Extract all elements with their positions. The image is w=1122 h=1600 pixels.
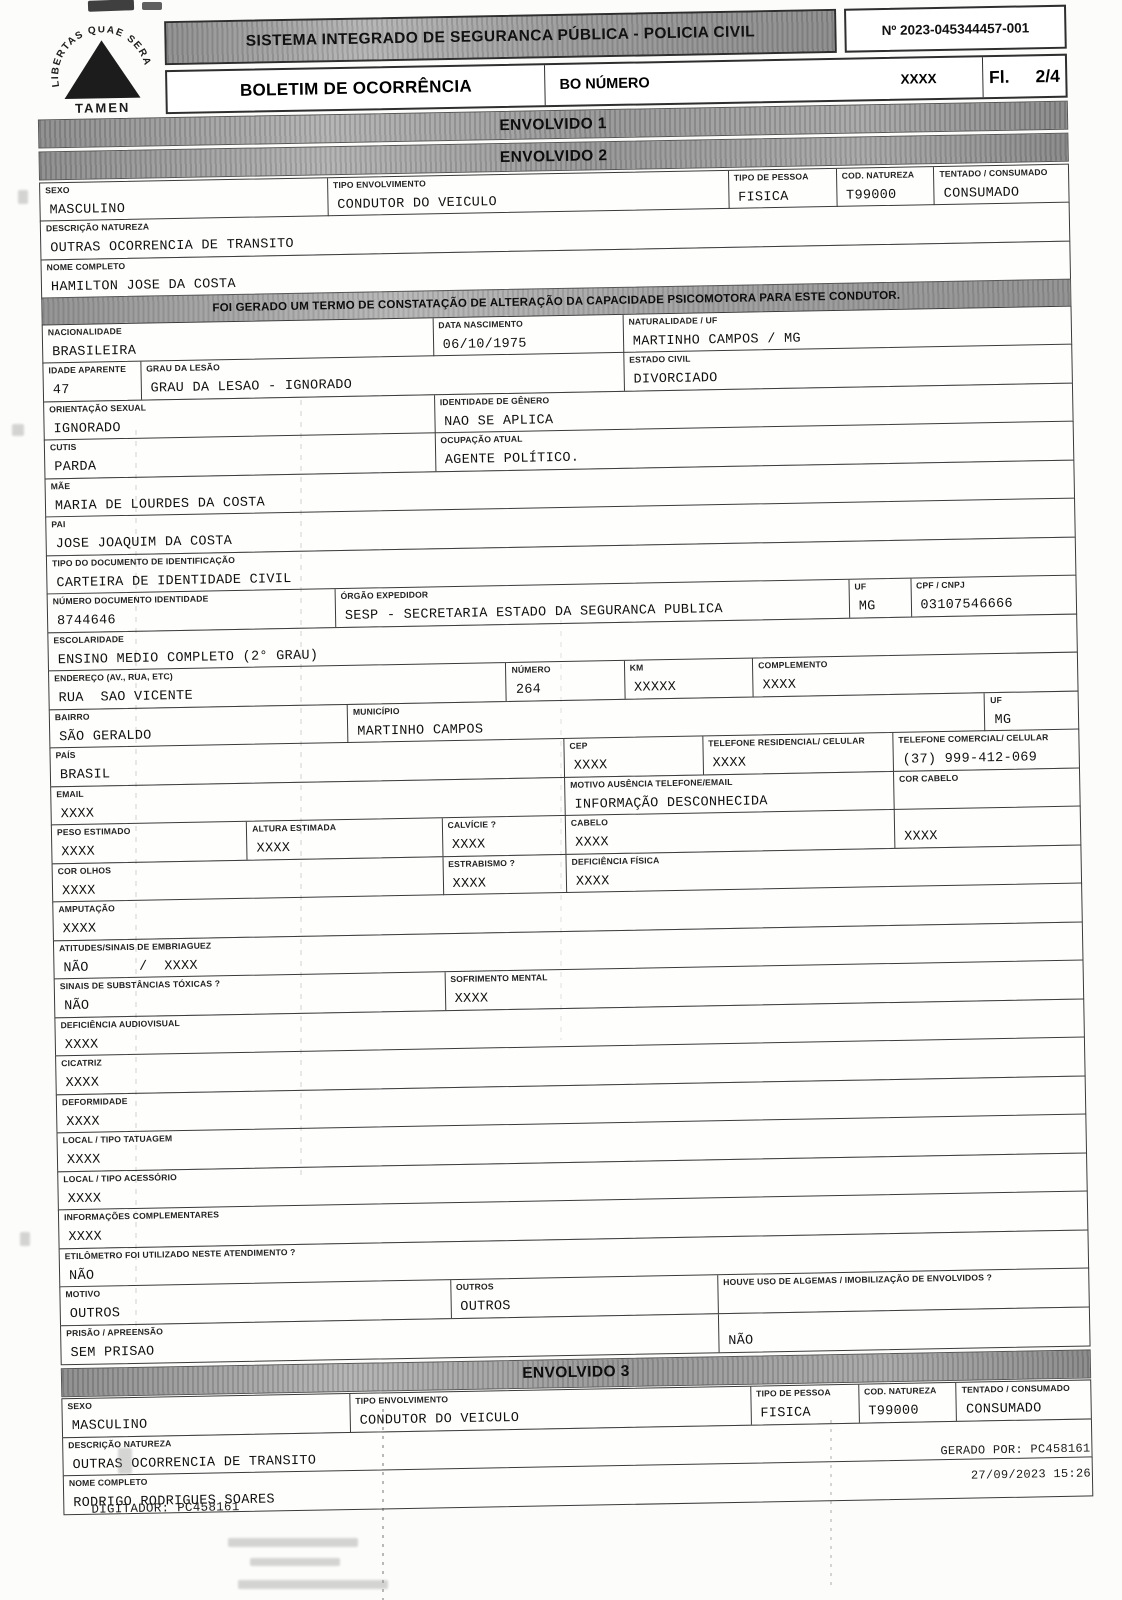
- field-value: MG: [985, 711, 1078, 731]
- field-value: XXXXX: [625, 679, 753, 699]
- field-sexo: SEXOMASCULINO: [62, 1394, 350, 1437]
- field-value: NÃO: [719, 1327, 1089, 1352]
- field-label: TENTADO / CONSUMADO: [957, 1381, 1091, 1395]
- field-telefone-residencial-celular: TELEFONE RESIDENCIAL/ CELULARXXXX: [703, 733, 894, 774]
- field-label: COR CABELO: [894, 768, 1079, 783]
- field-data-nascimento: DATA NASCIMENTO06/10/1975: [433, 314, 624, 355]
- field-tentado-consumado: TENTADO / CONSUMADOCONSUMADO: [934, 164, 1068, 204]
- field-cod-natureza: COD. NATUREZAT99000: [859, 1383, 957, 1423]
- field-tipo-de-pessoa: TIPO DE PESSOAFISICA: [729, 168, 838, 208]
- field-orientacao-sexual: ORIENTAÇÃO SEXUALIGNORADO: [44, 395, 435, 440]
- document-number-box: Nº 2023-045344457-001: [844, 5, 1067, 53]
- field-value: T99000: [837, 187, 934, 207]
- typist-info: DIGITADOR: PC458161: [91, 1500, 239, 1517]
- field-label: CPF / CNPJ: [911, 576, 1076, 591]
- field-value: XXXX: [443, 875, 566, 895]
- field-label: NÚMERO: [506, 661, 623, 675]
- field-label: TENTADO / CONSUMADO: [934, 164, 1068, 178]
- field-value: XXXX: [565, 757, 703, 778]
- field-sinais-de-substancias-toxicas: SINAIS DE SUBSTÂNCIAS TÓXICAS ?NÃO: [55, 972, 446, 1017]
- field-tipo-envolvimento: TIPO ENVOLVIMENTOCONDUTOR DO VEICULO: [328, 170, 730, 215]
- field-label: SEXO: [62, 1394, 349, 1411]
- field-label: SEXO: [40, 178, 327, 195]
- field-label: TELEFONE RESIDENCIAL/ CELULAR: [703, 733, 892, 748]
- field-uf: UFMG: [985, 691, 1078, 731]
- field-label: PESO ESTIMADO: [52, 822, 246, 838]
- field-cabelo: CABELOXXXX: [566, 810, 896, 854]
- scan-artifact: [20, 1232, 30, 1246]
- form-body: ENVOLVIDO 1ENVOLVIDO 2SEXOMASCULINOTIPO …: [38, 101, 1093, 1516]
- svg-text:TAMEN: TAMEN: [75, 100, 131, 116]
- field-idade-aparente: IDADE APARENTE47: [43, 362, 141, 402]
- field-value: 47: [44, 382, 141, 402]
- scan-artifact: [88, 0, 134, 12]
- field-label: IDADE APARENTE: [43, 362, 140, 376]
- field-estrabismo: ESTRABISMO ?XXXX: [443, 855, 567, 895]
- field-label: CEP: [564, 737, 702, 752]
- field-label: TELEFONE COMERCIAL/ CELULAR: [893, 730, 1078, 745]
- field-label: KM: [625, 659, 753, 673]
- field-value: CONSUMADO: [935, 184, 1069, 204]
- generated-by: GERADO POR: PC458161: [940, 1436, 1090, 1464]
- bo-number-value: XXXX: [900, 71, 936, 87]
- field-cep: CEPXXXX: [564, 737, 703, 778]
- field-value: MG: [850, 599, 911, 618]
- scan-artifact: [250, 1558, 340, 1566]
- field-value: T99000: [859, 1403, 956, 1423]
- field-motivo-ausencia-telefone-email: MOTIVO AUSÊNCIA TELEFONE/EMAILINFORMAÇÃO…: [565, 772, 895, 816]
- field-cutis: CUTISPARDA: [45, 433, 436, 478]
- field-outros: OUTROSOUTROS: [451, 1275, 719, 1318]
- scan-artifact: [18, 190, 28, 204]
- field-calvicie: CALVÍCIE ?XXXX: [442, 816, 566, 856]
- field-numero-documento-identidade: NÚMERO DOCUMENTO IDENTIDADE8744646: [48, 589, 336, 632]
- bo-number-cell: BO NÚMERO XXXX: [545, 57, 984, 105]
- report-title: BOLETIM DE OCORRÊNCIA: [167, 65, 546, 112]
- page-label: Fl.: [989, 66, 1010, 87]
- generated-info: GERADO POR: PC458161 27/09/2023 15:26: [940, 1436, 1091, 1489]
- field-complemento: COMPLEMENTOXXXX: [753, 653, 1077, 697]
- report-header: LIBERTAS QUAE SERA TAMEN SISTEMA INTEGRA…: [164, 5, 1068, 115]
- field-value: FISICA: [751, 1405, 858, 1425]
- scan-artifact: [142, 2, 162, 10]
- field-label: TIPO DE PESSOA: [729, 168, 836, 182]
- field-cor-olhos: COR OLHOSXXXX: [53, 857, 444, 902]
- field-motivo: MOTIVOOUTROS: [60, 1280, 451, 1325]
- field-cod-natureza: COD. NATUREZAT99000: [837, 167, 935, 207]
- field-value: 03107546666: [911, 596, 1076, 617]
- field-label: ALTURA ESTIMADA: [247, 818, 441, 834]
- system-title-bar: SISTEMA INTEGRADO DE SEGURANCA PÚBLICA -…: [164, 9, 837, 65]
- field-label: TIPO DE PESSOA: [751, 1385, 858, 1399]
- field-label: CALVÍCIE ?: [442, 816, 565, 830]
- field-label: COD. NATUREZA: [837, 167, 934, 181]
- field-value: 264: [507, 681, 625, 701]
- field-value: CONSUMADO: [957, 1401, 1091, 1421]
- field-tipo-de-pessoa: TIPO DE PESSOAFISICA: [751, 1385, 860, 1425]
- field-value: FISICA: [729, 188, 836, 208]
- page-number-cell: Fl. 2/4: [983, 56, 1065, 97]
- field-tentado-consumado: TENTADO / CONSUMADOCONSUMADO: [957, 1381, 1091, 1421]
- scanned-police-report-page: LIBERTAS QUAE SERA TAMEN SISTEMA INTEGRA…: [36, 5, 1093, 1516]
- scan-artifact: [238, 1580, 388, 1589]
- field-houve-uso-de-algemas-imobilizacao-de-envolvidos: HOUVE USO DE ALGEMAS / IMOBILIZAÇÃO DE E…: [718, 1269, 1089, 1314]
- field-label: UF: [985, 691, 1078, 705]
- field-cor-cabelo: COR CABELO: [894, 768, 1080, 809]
- field-label: DATA NASCIMENTO: [433, 314, 622, 329]
- field-label: UF: [849, 579, 910, 592]
- field-peso-estimado: PESO ESTIMADOXXXX: [52, 822, 248, 864]
- field-nao: NÃO: [719, 1307, 1090, 1352]
- generated-at: 27/09/2023 15:26: [941, 1461, 1091, 1489]
- triangle-emblem-shape: [63, 40, 140, 99]
- page-value: 2/4: [1035, 65, 1060, 86]
- field-numero: NÚMERO264: [506, 661, 625, 701]
- field-altura-estimada: ALTURA ESTIMADAXXXX: [247, 818, 443, 860]
- field-label: ESTRABISMO ?: [443, 855, 566, 869]
- system-title: SISTEMA INTEGRADO DE SEGURANCA PÚBLICA -…: [246, 23, 756, 50]
- policia-civil-mg-emblem: LIBERTAS QUAE SERA TAMEN: [46, 25, 158, 123]
- field-nacionalidade: NACIONALIDADEBRASILEIRA: [43, 318, 434, 363]
- field-label: COD. NATUREZA: [859, 1383, 956, 1397]
- field-km: KMXXXXX: [625, 659, 754, 699]
- field-sexo: SEXOMASCULINO: [40, 178, 328, 221]
- field-cpf-cnpj: CPF / CNPJ03107546666: [911, 576, 1076, 617]
- field-uf: UFMG: [849, 579, 911, 618]
- field-bairro: BAIRROSÃO GERALDO: [50, 705, 349, 748]
- scan-artifact: [228, 1538, 358, 1547]
- field-telefone-comercial-celular: TELEFONE COMERCIAL/ CELULAR(37) 999-412-…: [893, 730, 1079, 771]
- field-value: XXXX: [443, 836, 566, 856]
- scan-artifact: [12, 424, 24, 436]
- bo-number-label: BO NÚMERO: [559, 75, 650, 93]
- document-number: Nº 2023-045344457-001: [881, 20, 1029, 38]
- field-tipo-envolvimento: TIPO ENVOLVIMENTOCONDUTOR DO VEICULO: [350, 1387, 752, 1432]
- field-xxxx: XXXX: [895, 807, 1081, 848]
